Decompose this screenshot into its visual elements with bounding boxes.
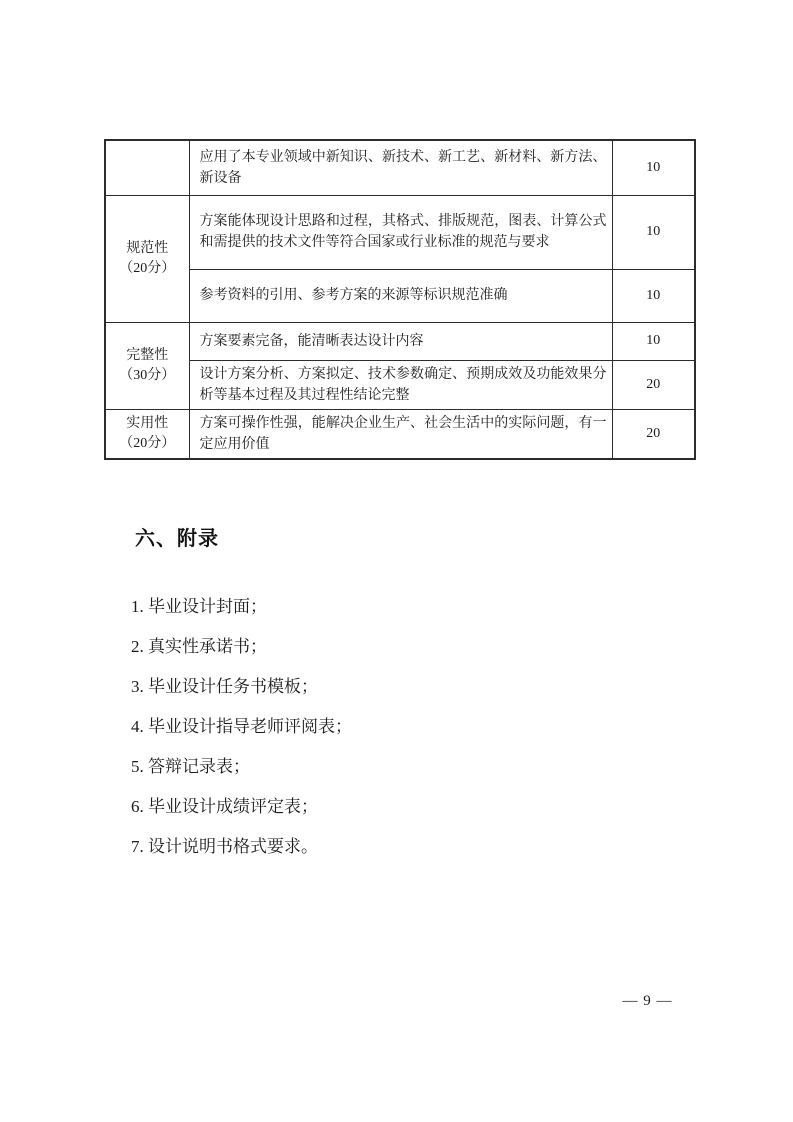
score-cell: 20: [612, 360, 695, 409]
category-points: （20分）: [108, 434, 187, 454]
table-row: 完整性 （30分） 方案要素完备，能清晰表达设计内容 10: [105, 322, 695, 360]
table-row: 应用了本专业领域中新知识、新技术、新工艺、新材料、新方法、新设备 10: [105, 140, 695, 195]
category-cell-practicality: 实用性 （20分）: [105, 409, 189, 459]
page-number: — 9 —: [595, 993, 700, 1010]
table-row: 参考资料的引用、参考方案的来源等标识规范准确 10: [105, 269, 695, 322]
category-cell-completeness: 完整性 （30分）: [105, 322, 189, 409]
appendix-list: 1. 毕业设计封面； 2. 真实性承诺书； 3. 毕业设计任务书模板； 4. 毕…: [131, 587, 352, 867]
category-cell-standards: 规范性 （20分）: [105, 195, 189, 322]
list-item-authenticity-commitment: 2. 真实性承诺书；: [131, 627, 352, 667]
score-cell: 10: [612, 322, 695, 360]
list-item-task-book-template: 3. 毕业设计任务书模板；: [131, 667, 352, 707]
score-cell: 10: [612, 140, 695, 195]
table-row: 规范性 （20分） 方案能体现设计思路和过程，其格式、排版规范，图表、计算公式和…: [105, 195, 695, 269]
category-cell-empty: [105, 140, 189, 195]
category-name: 规范性: [108, 239, 187, 259]
criteria-cell: 方案能体现设计思路和过程，其格式、排版规范，图表、计算公式和需提供的技术文件等符…: [189, 195, 612, 269]
criteria-cell: 设计方案分析、方案拟定、技术参数确定、预期成效及功能效果分析等基本过程及其过程性…: [189, 360, 612, 409]
category-points: （30分）: [108, 366, 187, 386]
evaluation-table: 应用了本专业领域中新知识、新技术、新工艺、新材料、新方法、新设备 10 规范性 …: [104, 139, 696, 460]
score-cell: 10: [612, 269, 695, 322]
list-item-defense-record-form: 5. 答辩记录表；: [131, 747, 352, 787]
section-heading-appendix: 六、附录: [135, 522, 219, 551]
score-cell: 20: [612, 409, 695, 459]
category-name: 完整性: [108, 346, 187, 366]
list-item-grade-evaluation-form: 6. 毕业设计成绩评定表；: [131, 787, 352, 827]
category-points: （20分）: [108, 259, 187, 279]
table-row: 设计方案分析、方案拟定、技术参数确定、预期成效及功能效果分析等基本过程及其过程性…: [105, 360, 695, 409]
list-item-advisor-review-form: 4. 毕业设计指导老师评阅表；: [131, 707, 352, 747]
list-item-cover: 1. 毕业设计封面；: [131, 587, 352, 627]
table-row: 实用性 （20分） 方案可操作性强，能解决企业生产、社会生活中的实际问题，有一定…: [105, 409, 695, 459]
document-page: 应用了本专业领域中新知识、新技术、新工艺、新材料、新方法、新设备 10 规范性 …: [0, 0, 793, 1122]
criteria-cell: 方案要素完备，能清晰表达设计内容: [189, 322, 612, 360]
score-cell: 10: [612, 195, 695, 269]
list-item-format-requirements: 7. 设计说明书格式要求。: [131, 827, 352, 867]
criteria-cell: 参考资料的引用、参考方案的来源等标识规范准确: [189, 269, 612, 322]
criteria-cell: 方案可操作性强，能解决企业生产、社会生活中的实际问题，有一定应用价值: [189, 409, 612, 459]
criteria-cell: 应用了本专业领域中新知识、新技术、新工艺、新材料、新方法、新设备: [189, 140, 612, 195]
category-name: 实用性: [108, 414, 187, 434]
